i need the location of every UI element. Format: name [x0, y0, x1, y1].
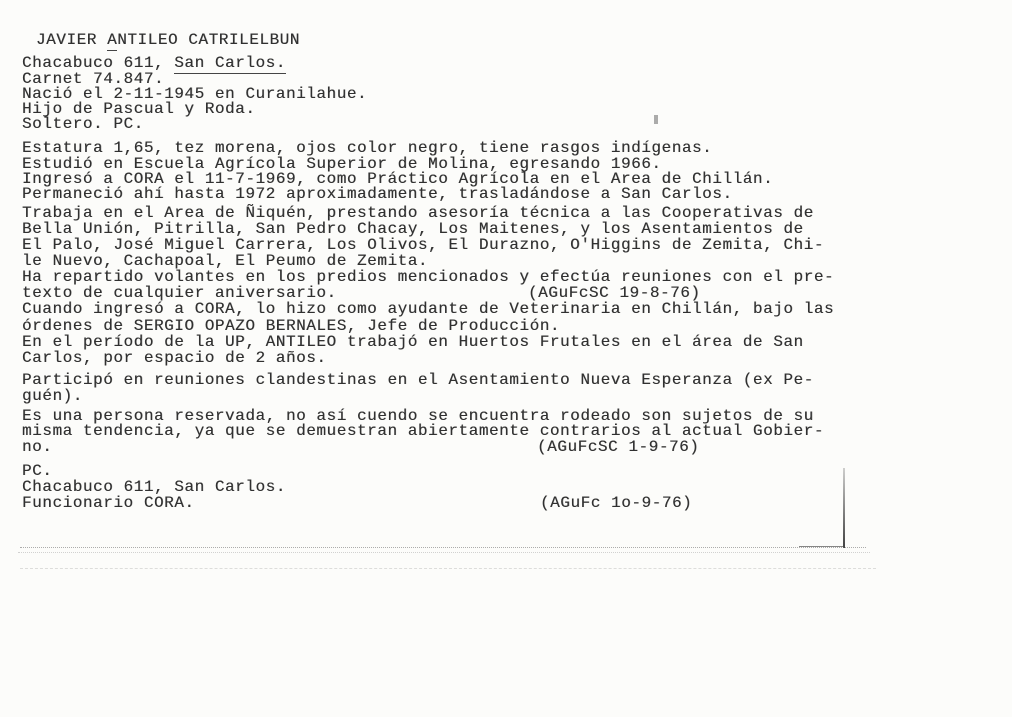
cora-line: órdenes de SERGIO OPAZO BERNALES, Jefe d…: [22, 318, 560, 334]
meetings-line: Participó en reuniones clandestinas en e…: [22, 372, 814, 388]
scanned-document-page: JAVIER ANTILEO CATRILELBUN Chacabuco 611…: [0, 0, 1012, 717]
activity-line: le Nuevo, Cachapoal, El Peumo de Zemita.: [22, 253, 428, 269]
activity-line: Ha repartido volantes en los predios men…: [22, 269, 834, 285]
description-line: Permaneció ahí hasta 1972 aproximadament…: [22, 186, 733, 202]
status-line: Soltero. PC.: [22, 116, 144, 132]
archive-tag-1: (AGuFcSC 19-8-76): [528, 285, 701, 301]
cora-line: En el período de la UP, ANTILEO trabajó …: [22, 334, 804, 350]
subject-name-pre: JAVIER: [36, 31, 107, 49]
page-title: JAVIER ANTILEO CATRILELBUN: [36, 32, 300, 48]
activity-line: Trabaja en el Area de Ñiquén, prestando …: [22, 205, 814, 221]
address-line: Chacabuco 611, San Carlos.: [22, 55, 286, 71]
scan-page-edge-dotted-line: [20, 547, 866, 548]
meetings-line: guén).: [22, 388, 83, 404]
scan-page-edge-vertical: [843, 468, 845, 548]
subject-name-rest: NTILEO CATRILELBUN: [117, 31, 300, 49]
footer-address-line: Chacabuco 611, San Carlos.: [22, 479, 286, 495]
activity-line: El Palo, José Miguel Carrera, Los Olivos…: [22, 237, 824, 253]
note2-line: no.: [22, 439, 52, 455]
footer-party-line: PC.: [22, 463, 52, 479]
description-line: Estatura 1,65, tez morena, ojos color ne…: [22, 140, 712, 156]
scan-page-edge-dotted-line: [20, 568, 876, 569]
note1-line: texto de cualquier aniversario.: [22, 285, 337, 301]
archive-tag-3: (AGuFc 1o-9-76): [540, 495, 692, 511]
activity-line: Bella Unión, Pitrilla, San Pedro Chacay,…: [22, 221, 804, 237]
scan-page-edge-dotted-line: [18, 552, 870, 553]
address-city-underlined: San Carlos.: [174, 54, 286, 74]
cora-line: Cuando ingresó a CORA, lo hizo como ayud…: [22, 301, 834, 317]
character-line: misma tendencia, ya que se demuestran ab…: [22, 423, 824, 439]
archive-tag-2: (AGuFcSC 1-9-76): [537, 439, 699, 455]
cora-line: Carlos, por espacio de 2 años.: [22, 350, 327, 366]
scan-smudge-mark: [654, 115, 658, 124]
subject-name-underlined: A: [107, 31, 117, 51]
footer-occupation-line: Funcionario CORA.: [22, 495, 195, 511]
